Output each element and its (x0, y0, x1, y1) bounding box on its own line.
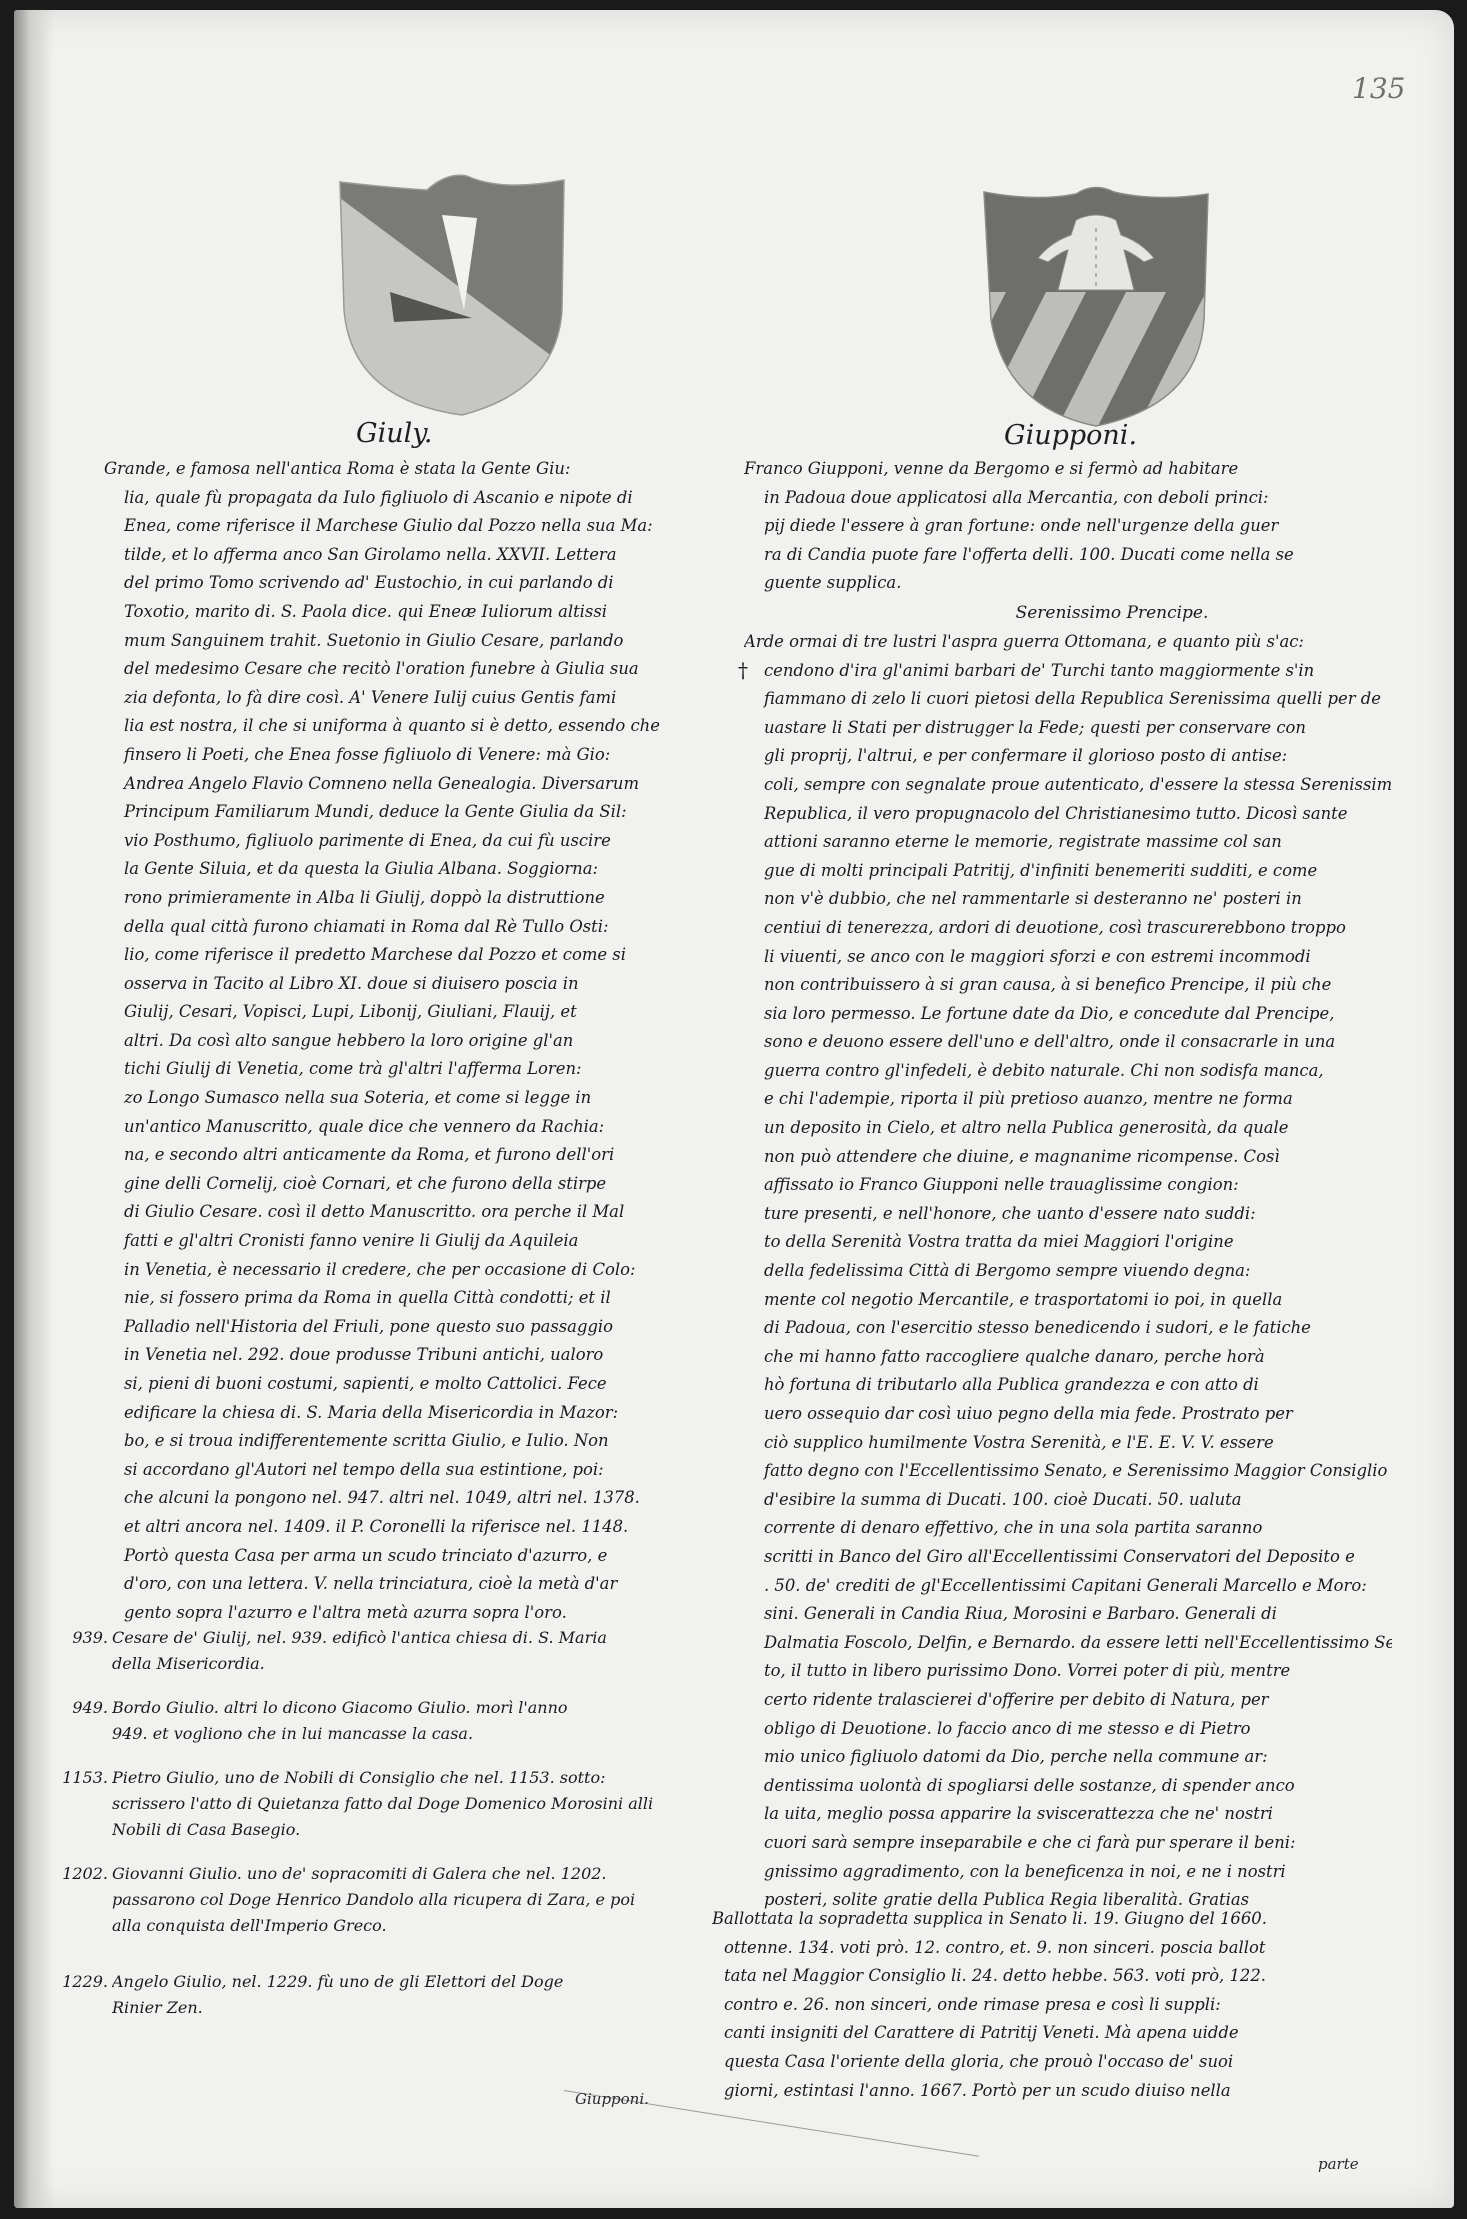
text-line: uastare li Stati per distrugger la Fede;… (752, 714, 1392, 743)
text-line: guente supplica. (752, 569, 1392, 598)
text-line: la Gente Siluia, et da questa la Giulia … (112, 855, 692, 884)
genealogy-entry: 949. Bordo Giulio. altri lo dicono Giaco… (40, 1695, 690, 1747)
text-line: cendono d'ira gl'animi barbari de' Turch… (752, 657, 1392, 686)
giuly-history-text: Grande, e famosa nell'antica Roma è stat… (112, 455, 692, 1627)
text-line: gine delli Cornelij, cioè Cornari, et ch… (112, 1170, 692, 1199)
text-line: Arde ormai di tre lustri l'aspra guerra … (744, 628, 1392, 657)
text-line: altri. Da così alto sangue hebbero la lo… (112, 1027, 692, 1056)
text-line: tilde, et lo afferma anco San Girolamo n… (112, 541, 692, 570)
text-line: corrente di denaro effettivo, che in una… (752, 1514, 1392, 1543)
text-line: Franco Giupponi, venne da Bergomo e si f… (744, 455, 1392, 484)
text-line: del primo Tomo scrivendo ad' Eustochio, … (112, 569, 692, 598)
text-line: della qual città furono chiamati in Roma… (112, 913, 692, 942)
text-line: della fedelissima Città di Bergomo sempr… (752, 1257, 1392, 1286)
text-line: edificare la chiesa di. S. Maria della M… (112, 1399, 692, 1428)
text-line: attioni saranno eterne le memorie, regis… (752, 828, 1392, 857)
text-line: Andrea Angelo Flavio Comneno nella Genea… (112, 770, 692, 799)
text-line: ture presenti, e nell'honore, che uanto … (752, 1200, 1392, 1229)
giupponi-coat-of-arms-icon (976, 180, 1216, 430)
genealogy-entry: 1229. Angelo Giulio, nel. 1229. fù uno d… (40, 1969, 690, 2021)
text-line: osserva in Tacito al Libro XI. doue si d… (112, 970, 692, 999)
entry-year: 949. (40, 1695, 108, 1721)
text-line: mum Sanguinem trahit. Suetonio in Giulio… (112, 627, 692, 656)
text-line: fiammano di zelo li cuori pietosi della … (752, 685, 1392, 714)
text-line: lia, quale fù propagata da Iulo figliuol… (112, 484, 692, 513)
folio-number: 135 (1352, 72, 1405, 105)
text-line: gue di molti principali Patritij, d'infi… (752, 857, 1392, 886)
text-line: canti insigniti del Carattere di Patriti… (712, 2019, 1402, 2048)
entry-year: 1202. (40, 1861, 108, 1887)
text-line: fatti e gl'altri Cronisti fanno venire l… (112, 1227, 692, 1256)
text-line: scrissero l'atto di Quietanza fatto dal … (112, 1791, 690, 1817)
text-line: un'antico Manuscritto, quale dice che ve… (112, 1113, 692, 1142)
entry-year: 1153. (40, 1765, 108, 1791)
text-line: ottenne. 134. voti prò. 12. contro, et. … (712, 1934, 1402, 1963)
giupponi-history-text: Franco Giupponi, venne da Bergomo e si f… (752, 455, 1392, 1915)
text-line: un deposito in Cielo, et altro nella Pub… (752, 1114, 1392, 1143)
text-line: Cesare de' Giulij, nel. 939. edificò l'a… (112, 1625, 690, 1651)
text-line: Pietro Giulio, uno de Nobili di Consigli… (112, 1765, 690, 1791)
entry-year: 939. (40, 1625, 108, 1651)
text-line: mio unico figliuolo datomi da Dio, perch… (752, 1743, 1392, 1772)
text-line: Giovanni Giulio. uno de' sopracomiti di … (112, 1861, 690, 1887)
text-line: della Misericordia. (112, 1651, 690, 1677)
text-line: ciò supplico humilmente Vostra Serenità,… (752, 1429, 1392, 1458)
text-line: zo Longo Sumasco nella sua Soteria, et c… (112, 1084, 692, 1113)
text-line: centiui di tenerezza, ardori di deuotion… (752, 914, 1392, 943)
text-line: Grande, e famosa nell'antica Roma è stat… (104, 455, 692, 484)
text-line: di Padoua, con l'esercitio stesso benedi… (752, 1314, 1392, 1343)
text-line: bo, e si troua indifferentemente scritta… (112, 1427, 692, 1456)
text-line: Dalmatia Foscolo, Delfin, e Bernardo. da… (752, 1629, 1392, 1658)
text-line: Enea, come riferisce il Marchese Giulio … (112, 512, 692, 541)
text-line: coli, sempre con segnalate proue autenti… (752, 771, 1392, 800)
giuly-genealogy-entries: 939. Cesare de' Giulij, nel. 939. edific… (40, 1625, 690, 2039)
text-line: to, il tutto in libero purissimo Dono. V… (752, 1657, 1392, 1686)
text-line: ra di Candia puote fare l'offerta delli.… (752, 541, 1392, 570)
text-line: guerra contro gl'infedeli, è debito natu… (752, 1057, 1392, 1086)
text-line: gnissimo aggradimento, con la beneficenz… (752, 1858, 1392, 1887)
text-line: Ballottata la sopradetta supplica in Sen… (712, 1905, 1402, 1934)
text-line: non v'è dubbio, che nel rammentarle si d… (752, 885, 1392, 914)
text-line: et altri ancora nel. 1409. il P. Coronel… (112, 1513, 692, 1542)
text-line: . 50. de' crediti de gl'Eccellentissimi … (752, 1572, 1392, 1601)
petition-heading: Serenissimo Prencipe. (832, 598, 1392, 628)
text-line: sono e deuono essere dell'uno e dell'alt… (752, 1028, 1392, 1057)
text-line: to della Serenità Vostra tratta da miei … (752, 1228, 1392, 1257)
text-line: in Venetia nel. 292. doue produsse Tribu… (112, 1341, 692, 1370)
text-line: hò fortuna di tributarlo alla Publica gr… (752, 1371, 1392, 1400)
text-line: la uita, meglio possa apparire la svisce… (752, 1800, 1392, 1829)
text-line: nie, si fossero prima da Roma in quella … (112, 1284, 692, 1313)
text-line: contro e. 26. non sinceri, onde rimase p… (712, 1991, 1402, 2020)
text-line: Portò questa Casa per arma un scudo trin… (112, 1542, 692, 1571)
text-line: dentissima uolontà di spogliarsi delle s… (752, 1772, 1392, 1801)
text-line: di Giulio Cesare. così il detto Manuscri… (112, 1198, 692, 1227)
shield-caption-giuly: Giuly. (356, 418, 432, 449)
genealogy-entry: 1153. Pietro Giulio, uno de Nobili di Co… (40, 1765, 690, 1843)
cross-mark-icon: † (738, 656, 748, 685)
genealogy-entry: 1202. Giovanni Giulio. uno de' sopracomi… (40, 1861, 690, 1939)
text-line: fatto degno con l'Eccellentissimo Senato… (752, 1457, 1392, 1486)
giuly-coat-of-arms-icon (332, 170, 572, 420)
text-line: sini. Generali in Candia Riua, Morosini … (752, 1600, 1392, 1629)
text-line: che alcuni la pongono nel. 947. altri ne… (112, 1484, 692, 1513)
text-line: gli proprij, l'altrui, e per confermare … (752, 742, 1392, 771)
text-line: alla conquista dell'Imperio Greco. (112, 1913, 690, 1939)
text-line: pij diede l'essere à gran fortune: onde … (752, 512, 1392, 541)
text-line: si, pieni di buoni costumi, sapienti, e … (112, 1370, 692, 1399)
text-line: obligo di Deuotione. lo faccio anco di m… (752, 1715, 1392, 1744)
text-line: mente col negotio Mercantile, e trasport… (752, 1286, 1392, 1315)
petition-text: † Arde ormai di tre lustri l'aspra guerr… (752, 628, 1392, 1915)
text-line: Bordo Giulio. altri lo dicono Giacomo Gi… (112, 1695, 690, 1721)
catchword-right: parte (1318, 2155, 1359, 2173)
text-line: Principum Familiarum Mundi, deduce la Ge… (112, 798, 692, 827)
genealogy-entry: 939. Cesare de' Giulij, nel. 939. edific… (40, 1625, 690, 1677)
text-line: Palladio nell'Historia del Friuli, pone … (112, 1313, 692, 1342)
text-line: certo ridente tralascierei d'offerire pe… (752, 1686, 1392, 1715)
entry-year: 1229. (40, 1969, 108, 1995)
text-line: affissato io Franco Giupponi nelle traua… (752, 1171, 1392, 1200)
text-line: zia defonta, lo fà dire così. A' Venere … (112, 684, 692, 713)
catchword-left: Giupponi. (575, 2090, 649, 2108)
text-line: passarono col Doge Henrico Dandolo alla … (112, 1887, 690, 1913)
text-line: lia est nostra, il che si uniforma à qua… (112, 712, 692, 741)
ballot-record: Ballottata la sopradetta supplica in Sen… (712, 1905, 1402, 2105)
text-line: Toxotio, marito di. S. Paola dice. qui E… (112, 598, 692, 627)
giuly-paragraph: Grande, e famosa nell'antica Roma è stat… (112, 455, 692, 1627)
text-line: d'oro, con una lettera. V. nella trincia… (112, 1570, 692, 1599)
text-line: in Padoua doue applicatosi alla Mercanti… (752, 484, 1392, 513)
text-line: Nobili di Casa Basegio. (112, 1817, 690, 1843)
text-line: Republica, il vero propugnacolo del Chri… (752, 800, 1392, 829)
text-line: Rinier Zen. (112, 1995, 690, 2021)
text-line: li viuenti, se anco con le maggiori sfor… (752, 943, 1392, 972)
text-line: giorni, estintasi l'anno. 1667. Portò pe… (712, 2077, 1402, 2106)
text-line: questa Casa l'oriente della gloria, che … (712, 2048, 1402, 2077)
text-line: e chi l'adempie, riporta il più pretioso… (752, 1085, 1392, 1114)
text-line: cuori sarà sempre inseparabile e che ci … (752, 1829, 1392, 1858)
text-line: si accordano gl'Autori nel tempo della s… (112, 1456, 692, 1485)
text-line: non può attendere che diuine, e magnanim… (752, 1143, 1392, 1172)
text-line: na, e secondo altri anticamente da Roma,… (112, 1141, 692, 1170)
text-line: finsero li Poeti, che Enea fosse figliuo… (112, 741, 692, 770)
giupponi-intro: Franco Giupponi, venne da Bergomo e si f… (752, 455, 1392, 598)
text-line: in Venetia, è necessario il credere, che… (112, 1256, 692, 1285)
text-line: d'esibire la summa di Ducati. 100. cioè … (752, 1486, 1392, 1515)
shield-caption-giupponi: Giupponi. (1004, 420, 1137, 451)
text-line: vio Posthumo, figliuolo parimente di Ene… (112, 827, 692, 856)
text-line: scritti in Banco del Giro all'Eccellenti… (752, 1543, 1392, 1572)
text-line: Giulij, Cesari, Vopisci, Lupi, Libonij, … (112, 998, 692, 1027)
text-line: Angelo Giulio, nel. 1229. fù uno de gli … (112, 1969, 690, 1995)
text-line: gento sopra l'azurro e l'altra metà azur… (112, 1599, 692, 1628)
text-line: uero ossequio dar così uiuo pegno della … (752, 1400, 1392, 1429)
text-line: rono primieramente in Alba li Giulij, do… (112, 884, 692, 913)
text-line: tichi Giulij di Venetia, come trà gl'alt… (112, 1055, 692, 1084)
text-line: del medesimo Cesare che recitò l'oration… (112, 655, 692, 684)
text-line: lio, come riferisce il predetto Marchese… (112, 941, 692, 970)
text-line: tata nel Maggior Consiglio li. 24. detto… (712, 1962, 1402, 1991)
text-line: che mi hanno fatto raccogliere qualche d… (752, 1343, 1392, 1372)
text-line: 949. et vogliono che in lui mancasse la … (112, 1721, 690, 1747)
text-line: sia loro permesso. Le fortune date da Di… (752, 1000, 1392, 1029)
text-line: non contribuissero à si gran causa, à si… (752, 971, 1392, 1000)
